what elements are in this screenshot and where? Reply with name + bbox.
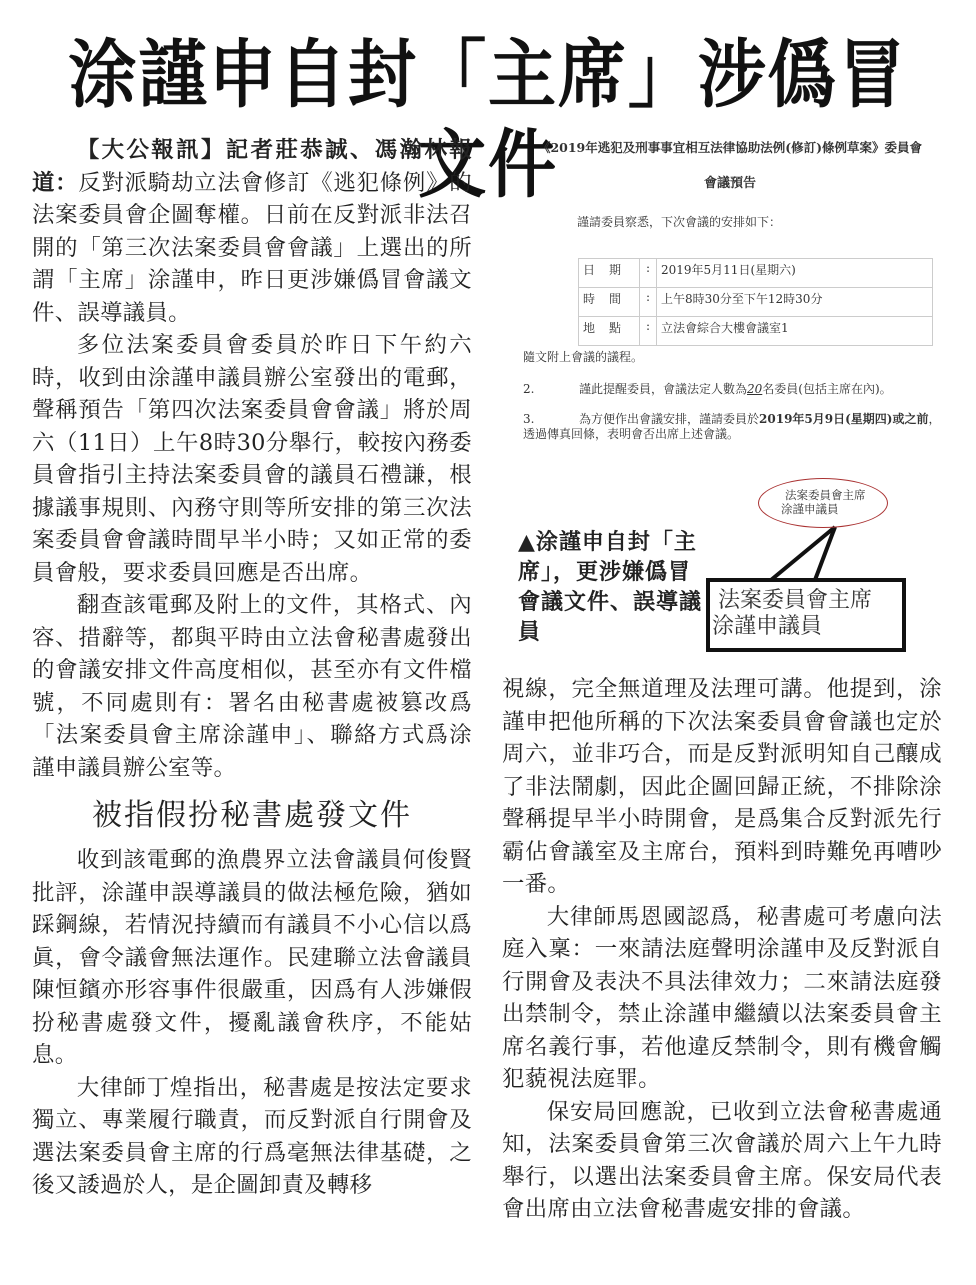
right-column: 視線，完全無道理及法理可講。他提到，涂謹申把他所稱的下次法案委員會會議也定於周六… — [502, 673, 942, 1226]
zoom-text-line2: 涂謹申議員 — [712, 614, 822, 640]
body-paragraph: 大律師馬恩國認爲，秘書處可考慮向法庭入稟：一來請法庭聲明涂謹申及反對派自行開會及… — [502, 901, 942, 1096]
magnified-signature-box: 法案委員會主席 涂謹申議員 — [706, 578, 906, 652]
body-paragraph: 保安局回應說，已收到立法會秘書處通知，法案委員會第三次會議於周六上午九時舉行，以… — [502, 1096, 942, 1226]
oval-text-line1: 法案委員會主席 — [785, 488, 866, 502]
oval-text-line2: 涂謹申議員 — [781, 502, 839, 516]
continued-paragraph: 視線，完全無道理及法理可講。他提到，涂謹申把他所稱的下次法案委員會會議也定於周六… — [502, 673, 942, 901]
highlight-oval: 法案委員會主席 涂謹申議員 — [758, 478, 888, 528]
zoom-text-line1: 法案委員會主席 — [718, 588, 872, 614]
